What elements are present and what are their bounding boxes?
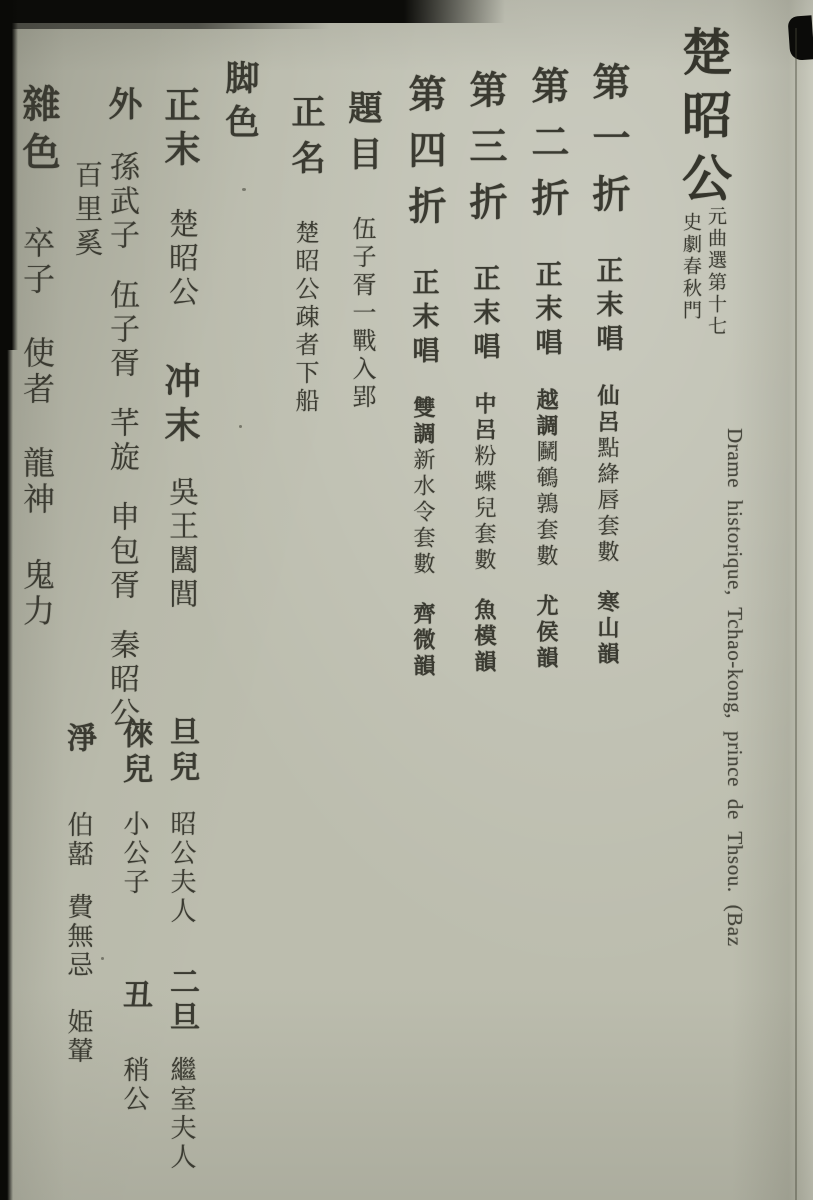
- act-3-suite: 粉蝶兒套數: [472, 444, 497, 574]
- act-2-rhyme: 尤侯韻: [535, 594, 557, 672]
- act-2-singer: 正末唱: [533, 260, 560, 362]
- act-4-tune: 雙調新水令套數: [412, 396, 434, 578]
- jing-role: 淨: [63, 722, 93, 757]
- chou-role: 丑: [119, 979, 149, 1014]
- timu-label: 題目: [344, 90, 378, 182]
- wai-role: 外: [104, 86, 138, 125]
- act-4-singer: 正末唱: [410, 268, 437, 370]
- timu-text: 伍子胥一戰入郢: [349, 216, 373, 412]
- french-caption: Drame historique, Tchao-kong, prince de …: [717, 428, 747, 1200]
- jing-name-1: 伯嚭: [65, 811, 91, 869]
- daner-name: 昭公夫人: [168, 810, 194, 926]
- act-1-mode: 仙呂: [595, 384, 620, 436]
- page-edge-line: [795, 28, 797, 1200]
- photo-corner-mark: [787, 15, 813, 61]
- act-1-tune: 仙呂點絳唇套數: [596, 384, 618, 566]
- act-1-singer: 正末唱: [594, 256, 621, 358]
- paper-speck: [239, 425, 242, 428]
- wai-name-2: 伍子胥: [106, 279, 136, 381]
- act-3-rhyme: 魚模韻: [473, 598, 495, 676]
- jing-name-3: 姫輦: [65, 1008, 91, 1066]
- act-3-label: 第三折: [465, 70, 503, 238]
- collection-note-left-column: 史劇春秋門: [681, 212, 700, 322]
- wai-name-3: 芊旋: [106, 407, 136, 475]
- zhengming-text: 楚昭公疎者下船: [292, 220, 316, 416]
- act-3-singer: 正末唱: [471, 264, 498, 366]
- wai-column: 外 孫武子 伍子胥 芊旋 申包胥 秦昭公: [104, 86, 138, 731]
- jing-column: 淨 伯嚭 費無忌 姫輦: [63, 722, 93, 1066]
- zhengming-column: 正名 楚昭公疎者下船: [287, 94, 321, 416]
- jing-name-2: 費無忌: [65, 893, 91, 980]
- erdan-name: 繼室夫人: [168, 1056, 194, 1172]
- paper-speck: [101, 957, 104, 960]
- chou-name: 稍公: [121, 1056, 147, 1114]
- wai-name-6: 百里奚: [72, 160, 100, 262]
- laier-role: 倈兒: [119, 718, 149, 788]
- act-2-label: 第二折: [527, 66, 565, 234]
- zase-column: 雜色 卒子 使者 龍神 鬼力: [18, 84, 56, 630]
- act-3-column: 第三折 正末唱 中呂粉蝶兒套數 魚模韻: [465, 70, 503, 676]
- act-3-tune: 中呂粉蝶兒套數: [473, 392, 495, 574]
- act-1-suite: 點絳唇套數: [595, 436, 620, 566]
- act-1-rhyme: 寒山韻: [596, 590, 618, 668]
- paper-speck: [242, 188, 246, 191]
- act-3-mode: 中呂: [472, 392, 497, 444]
- wai-continuation-column: 百里奚: [72, 160, 100, 262]
- act-1-label: 第一折: [588, 62, 626, 230]
- erdan-role: 二旦: [166, 966, 196, 1036]
- laier-name: 小公子: [121, 810, 147, 897]
- timu-column: 題目 伍子胥一戰入郢: [344, 90, 378, 412]
- zase-name-2: 使者: [21, 336, 53, 408]
- collection-note-right: 元曲選第十七: [706, 206, 725, 338]
- wai-name-4: 申包胥: [106, 501, 136, 603]
- wai-name-1: 孫武子: [106, 151, 136, 253]
- wai-name-5: 秦昭公: [106, 629, 136, 731]
- laier-chou-column: 倈兒 小公子 丑 稍公: [119, 718, 149, 1114]
- zase-name-3: 龍神: [21, 446, 53, 518]
- act-2-tune: 越調鬭鵪鶉套數: [535, 388, 557, 570]
- act-2-suite: 鬭鵪鶉套數: [534, 440, 559, 570]
- act-2-column: 第二折 正末唱 越調鬭鵪鶉套數 尤侯韻: [527, 66, 565, 672]
- book-page-photo: 楚昭公 元曲選第十七 史劇春秋門 Drame historique, Tchao…: [0, 0, 813, 1200]
- act-4-suite: 新水令套數: [411, 448, 436, 578]
- cast-section-header-column: 脚色: [221, 60, 255, 148]
- zase-name-1: 卒子: [21, 226, 53, 298]
- zhengmo-name: 楚昭公: [165, 208, 195, 310]
- chongmo-role: 冲末: [162, 362, 198, 450]
- zhengming-label: 正名: [287, 94, 321, 186]
- act-4-column: 第四折 正末唱 雙調新水令套數 齊微韻: [404, 74, 442, 680]
- zase-role: 雜色: [18, 84, 56, 180]
- photo-top-edge-ragged: [0, 20, 330, 29]
- zhengmo-role: 正末: [162, 86, 198, 174]
- collection-note-left: 史劇春秋門: [681, 212, 700, 322]
- zhengmo-chongmo-column: 正末 楚昭公 冲末 吳王闔閭: [162, 86, 198, 612]
- collection-note-right-column: 元曲選第十七: [706, 206, 725, 338]
- chongmo-name: 吳王闔閭: [165, 476, 195, 612]
- cast-section-label: 脚色: [221, 60, 255, 148]
- act-1-column: 第一折 正末唱 仙呂點絳唇套數 寒山韻: [588, 62, 626, 668]
- page-title: 楚昭公: [678, 26, 728, 215]
- daner-erdan-column: 旦兒 昭公夫人 二旦 繼室夫人: [166, 716, 196, 1172]
- act-4-mode: 雙調: [411, 396, 436, 448]
- act-4-rhyme: 齊微韻: [412, 602, 434, 680]
- daner-role: 旦兒: [166, 716, 196, 786]
- act-2-mode: 越調: [534, 388, 559, 440]
- act-4-label: 第四折: [404, 74, 442, 242]
- book-title-column: 楚昭公: [678, 26, 728, 215]
- zase-name-4: 鬼力: [21, 558, 53, 630]
